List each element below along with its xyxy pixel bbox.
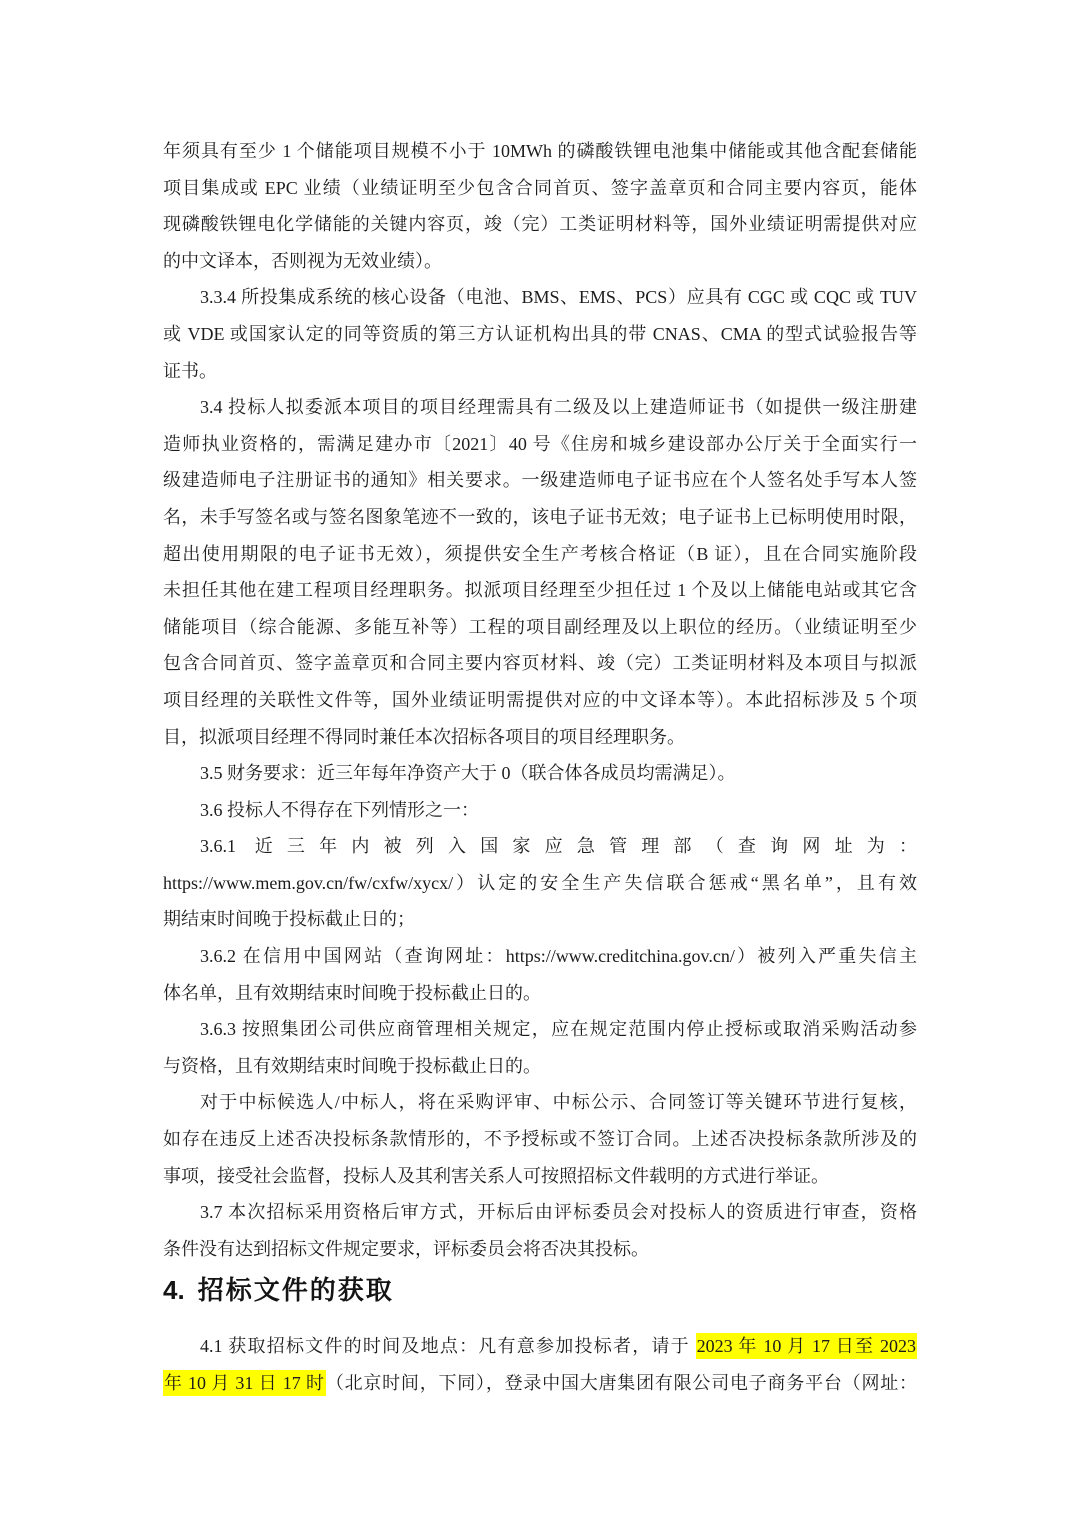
text-line: 现磷酸铁锂电化学储能的关键内容页，竣（完）工类证明材料等，国外业绩证明需提供对应 <box>163 206 917 243</box>
text-line: 事项，接受社会监督，投标人及其利害关系人可按照招标文件载明的方式进行举证。 <box>163 1158 917 1195</box>
paragraph-3-3-4: 3.3.4 所投集成系统的核心设备（电池、BMS、EMS、PCS）应具有 CGC… <box>163 279 917 389</box>
text-line: 造师执业资格的，需满足建办市〔2021〕40 号《住房和城乡建设部办公厅关于全面… <box>163 426 917 463</box>
text-line: 包含合同首页、签字盖章页和合同主要内容页材料、竣（完）工类证明材料及本项目与拟派 <box>163 645 917 682</box>
text-line: 3.6.1 近三年内被列入国家应急管理部（查询网址为： <box>163 828 917 865</box>
text-line: 3.6.2 在信用中国网站（查询网址：https://www.creditchi… <box>163 938 917 975</box>
text-line: 对于中标候选人/中标人，将在采购评审、中标公示、合同签订等关键环节进行复核， <box>163 1084 917 1121</box>
paragraph-3-4: 3.4 投标人拟委派本项目的项目经理需具有二级及以上建造师证书（如提供一级注册建… <box>163 389 917 755</box>
paragraph-3-6-2: 3.6.2 在信用中国网站（查询网址：https://www.creditchi… <box>163 938 917 1011</box>
p41-line1-text: 4.1 获取招标文件的时间及地点：凡有意参加投标者，请于 <box>200 1336 696 1356</box>
text-line: 项目集成或 EPC 业绩（业绩证明至少包含合同首页、签字盖章页和合同主要内容页，… <box>163 170 917 207</box>
document-content: 年须具有至少 1 个储能项目规模不小于 10MWh 的磷酸铁锂电池集中储能或其他… <box>163 133 917 1402</box>
text-line: 3.6.3 按照集团公司供应商管理相关规定，应在规定范围内停止授标或取消采购活动… <box>163 1011 917 1048</box>
text-line: 目，拟派项目经理不得同时兼任本次招标各项目的项目经理职务。 <box>163 719 917 756</box>
section-4-title: 招标文件的获取 <box>198 1275 394 1305</box>
paragraph-3-6: 3.6 投标人不得存在下列情形之一： <box>163 792 917 829</box>
text-line: 如存在违反上述否决投标条款情形的，不予授标或不签订合同。上述否决投标条款所涉及的 <box>163 1121 917 1158</box>
text-line: 3.6 投标人不得存在下列情形之一： <box>163 792 917 829</box>
text-line: 名，未手写签名或与签名图象笔迹不一致的，该电子证书无效；电子证书上已标明使用时限… <box>163 499 917 536</box>
section-4-number: 4. <box>163 1275 185 1305</box>
text-line: 体名单，且有效期结束时间晚于投标截止日的。 <box>163 975 917 1012</box>
text-line: 期结束时间晚于投标截止日的； <box>163 901 917 938</box>
p41-line2-text: （北京时间，下同），登录中国大唐集团有限公司电子商务平台（网址： <box>326 1373 917 1393</box>
text-line: 证书。 <box>163 353 917 390</box>
text-line: 条件没有达到招标文件规定要求，评标委员会将否决其投标。 <box>163 1231 917 1268</box>
text-line: 4.1 获取招标文件的时间及地点：凡有意参加投标者，请于 2023 年 10 月… <box>163 1328 917 1365</box>
text-line: 与资格，且有效期结束时间晚于投标截止日的。 <box>163 1048 917 1085</box>
paragraph-3-3-3-continued: 年须具有至少 1 个储能项目规模不小于 10MWh 的磷酸铁锂电池集中储能或其他… <box>163 133 917 279</box>
text-line: 项目经理的关联性文件等，国外业绩证明需提供对应的中文译本等）。本此招标涉及 5 … <box>163 682 917 719</box>
text-line: 级建造师电子注册证书的通知》相关要求。一级建造师电子证书应在个人签名处手写本人签 <box>163 462 917 499</box>
text-line: 的中文译本，否则视为无效业绩）。 <box>163 243 917 280</box>
text-line: https://www.mem.gov.cn/fw/cxfw/xycx/）认定的… <box>163 865 917 902</box>
text-line: 年须具有至少 1 个储能项目规模不小于 10MWh 的磷酸铁锂电池集中储能或其他… <box>163 133 917 170</box>
paragraph-3-6-3: 3.6.3 按照集团公司供应商管理相关规定，应在规定范围内停止授标或取消采购活动… <box>163 1011 917 1084</box>
paragraph-review-clause: 对于中标候选人/中标人，将在采购评审、中标公示、合同签订等关键环节进行复核， 如… <box>163 1084 917 1194</box>
highlight-date-range-end: 年 10 月 31 日 17 时 <box>163 1370 326 1396</box>
document-page: 年须具有至少 1 个储能项目规模不小于 10MWh 的磷酸铁锂电池集中储能或其他… <box>0 0 1080 1527</box>
paragraph-3-7: 3.7 本次招标采用资格后审方式，开标后由评标委员会对投标人的资质进行审查，资格… <box>163 1194 917 1267</box>
text-line: 储能项目（综合能源、多能互补等）工程的项目副经理及以上职位的经历。（业绩证明至少 <box>163 609 917 646</box>
section-4-heading: 4.招标文件的获取 <box>163 1274 917 1307</box>
text-line: 年 10 月 31 日 17 时（北京时间，下同），登录中国大唐集团有限公司电子… <box>163 1365 917 1402</box>
paragraph-3-5: 3.5 财务要求：近三年每年净资产大于 0（联合体各成员均需满足）。 <box>163 755 917 792</box>
text-line: 3.3.4 所投集成系统的核心设备（电池、BMS、EMS、PCS）应具有 CGC… <box>163 279 917 316</box>
text-line: 未担任其他在建工程项目经理职务。拟派项目经理至少担任过 1 个及以上储能电站或其… <box>163 572 917 609</box>
text-line: 3.7 本次招标采用资格后审方式，开标后由评标委员会对投标人的资质进行审查，资格 <box>163 1194 917 1231</box>
text-line: 3.5 财务要求：近三年每年净资产大于 0（联合体各成员均需满足）。 <box>163 755 917 792</box>
text-line: 超出使用期限的电子证书无效），须提供安全生产考核合格证（B 证），且在合同实施阶… <box>163 536 917 573</box>
text-line: 3.4 投标人拟委派本项目的项目经理需具有二级及以上建造师证书（如提供一级注册建 <box>163 389 917 426</box>
paragraph-3-6-1: 3.6.1 近三年内被列入国家应急管理部（查询网址为： https://www.… <box>163 828 917 938</box>
paragraph-4-1: 4.1 获取招标文件的时间及地点：凡有意参加投标者，请于 2023 年 10 月… <box>163 1328 917 1401</box>
highlight-date-range-start: 2023 年 10 月 17 日至 2023 <box>696 1333 917 1359</box>
text-line: 或 VDE 或国家认定的同等资质的第三方认证机构出具的带 CNAS、CMA 的型… <box>163 316 917 353</box>
